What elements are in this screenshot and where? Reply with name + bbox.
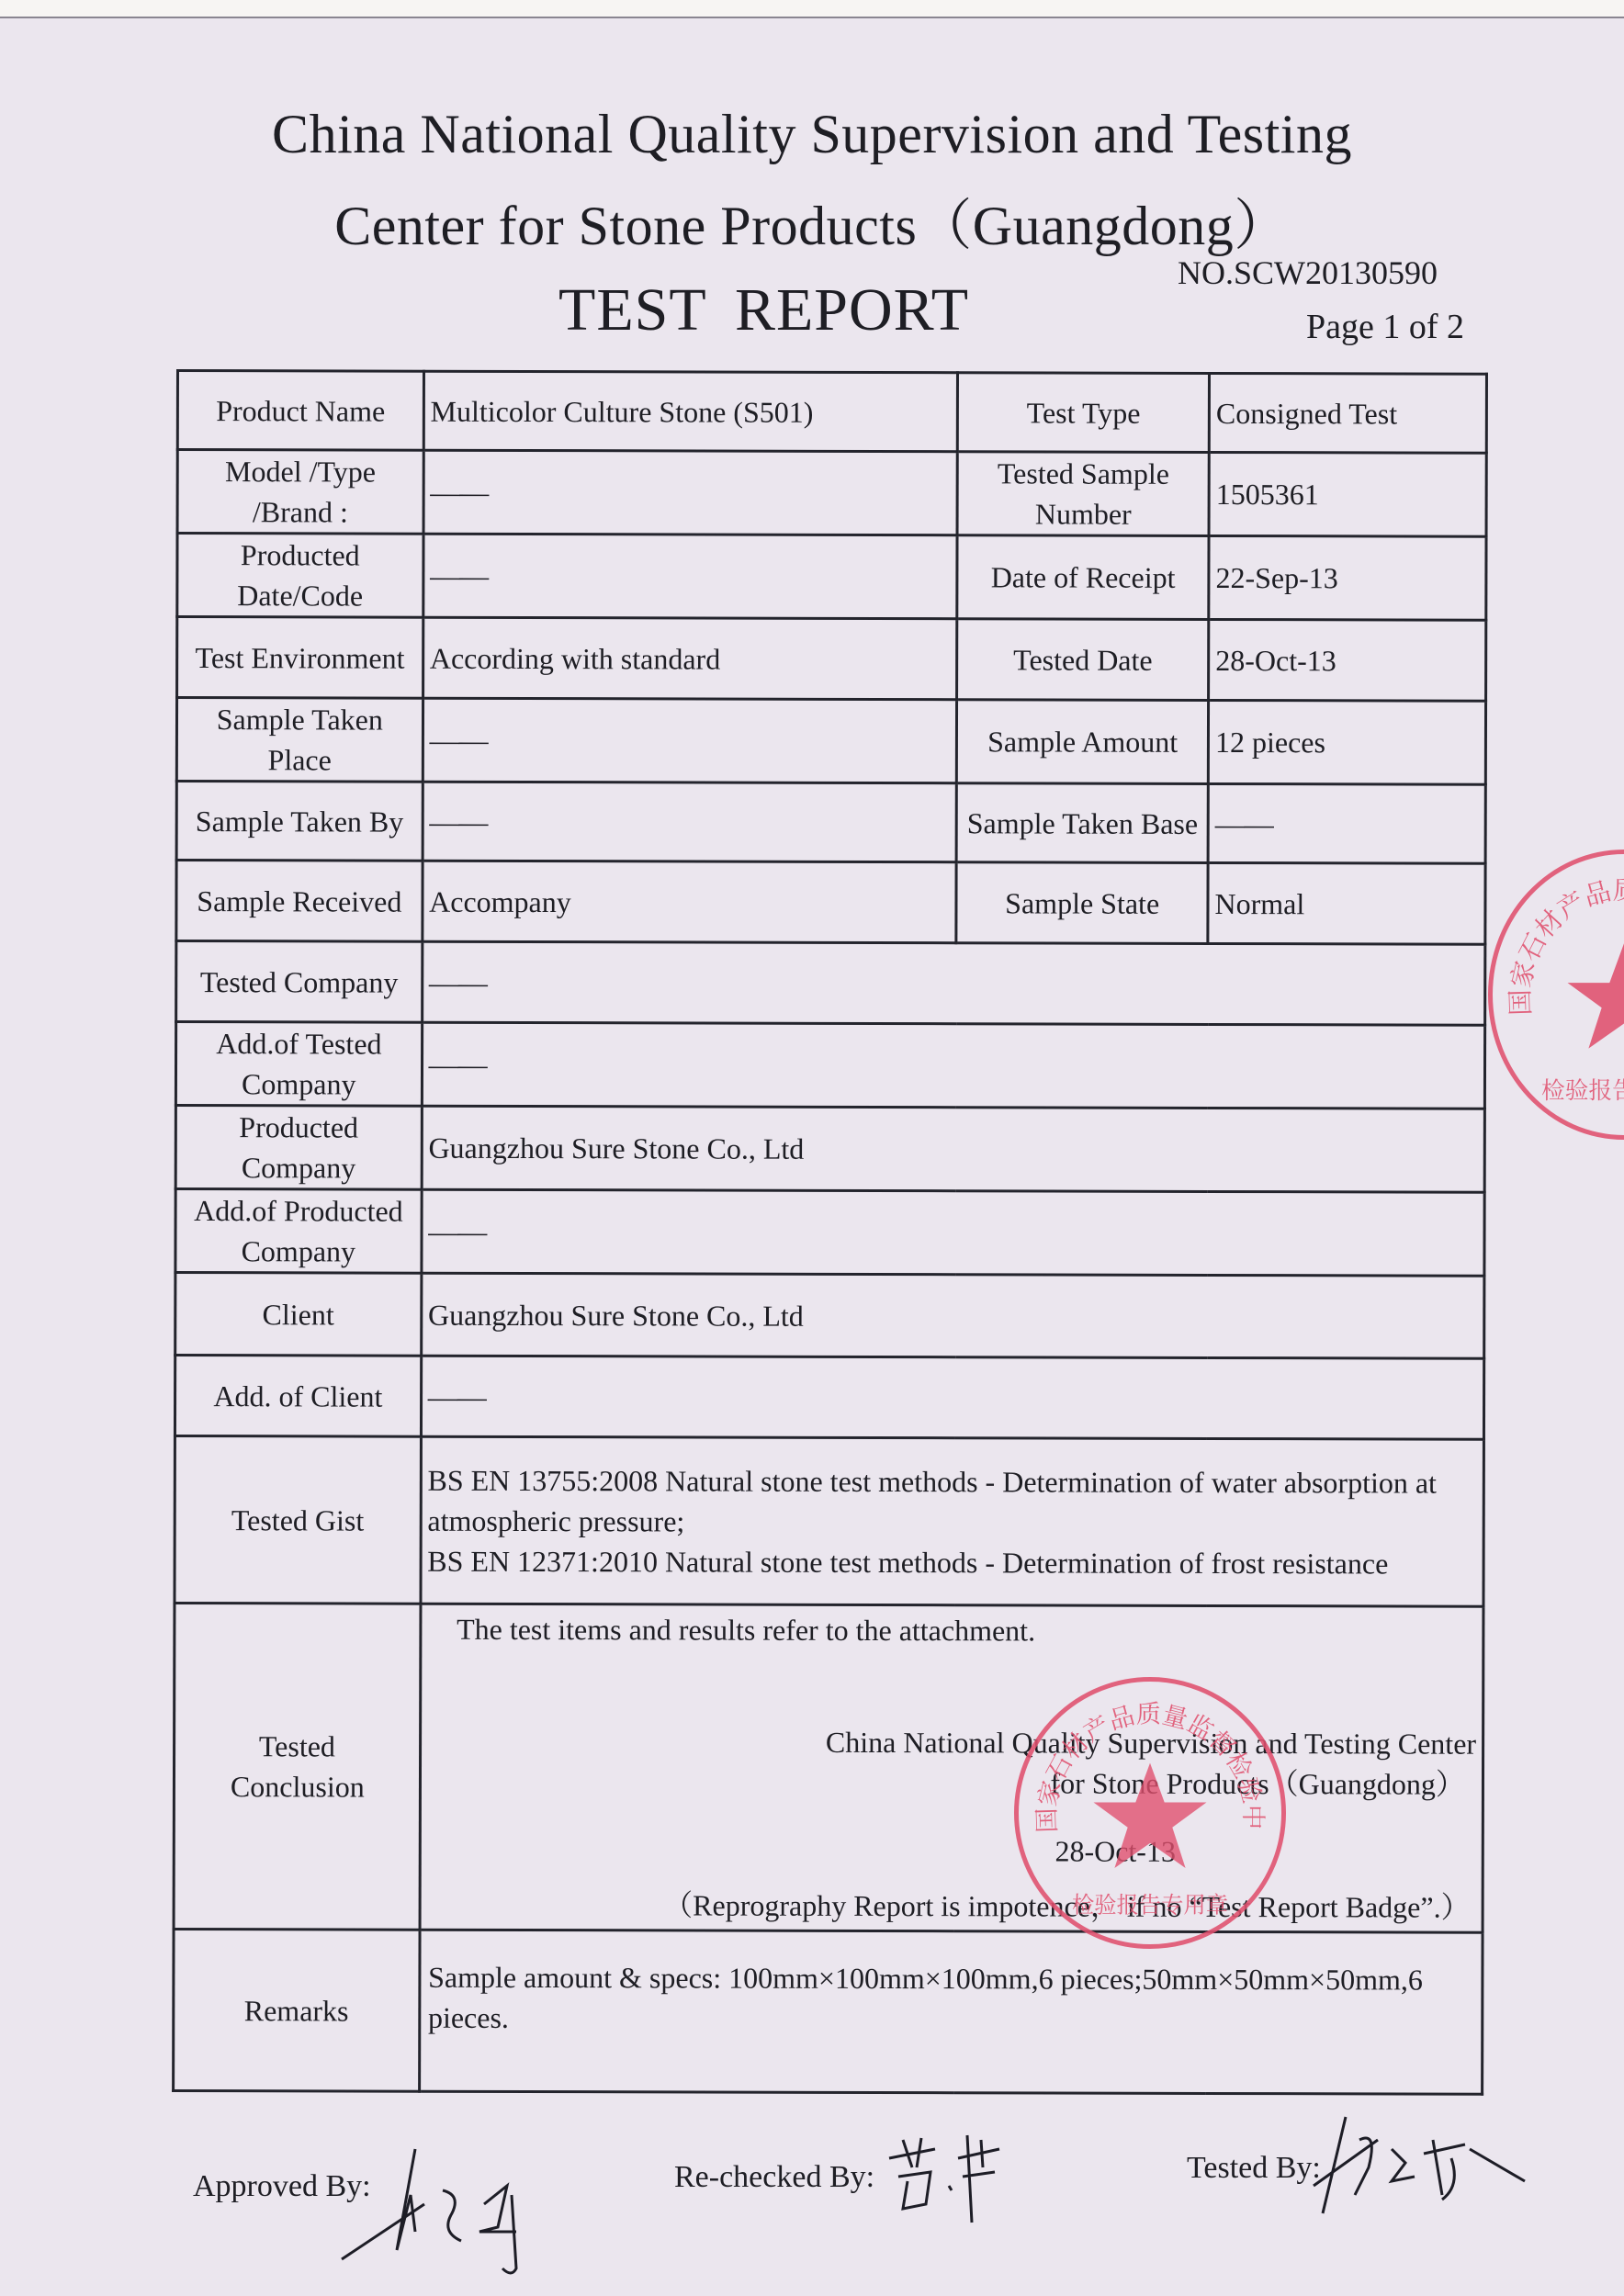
field-label: Sample State bbox=[956, 862, 1208, 944]
field-label: Test Environment bbox=[177, 617, 423, 699]
field-label: Producted Date/Code bbox=[177, 534, 423, 618]
field-value: Guangzhou Sure Stone Co., Ltd bbox=[421, 1273, 1484, 1358]
table-row: Add.of Tested Company—— bbox=[175, 1022, 1484, 1109]
field-label: Tested Sample Number bbox=[957, 452, 1209, 536]
tested-conclusion-label: Tested Conclusion bbox=[174, 1603, 421, 1930]
field-value: —— bbox=[423, 450, 958, 535]
rechecked-signature bbox=[880, 2131, 1036, 2232]
table-row-remarks: Remarks Sample amount & specs: 100mm×100… bbox=[174, 1929, 1483, 2094]
field-value: —— bbox=[421, 1356, 1484, 1439]
field-value: —— bbox=[423, 698, 957, 783]
tested-conclusion-value: The test items and results refer to the … bbox=[420, 1604, 1483, 1932]
table-row: Product NameMulticolor Culture Stone (S5… bbox=[177, 371, 1486, 454]
field-value: Multicolor Culture Stone (S501) bbox=[423, 371, 958, 452]
field-value: 28-Oct-13 bbox=[1209, 619, 1486, 701]
field-label: Product Name bbox=[177, 371, 423, 451]
field-label: Model /Type /Brand : bbox=[177, 450, 423, 535]
table-row-tested-gist: Tested Gist BS EN 13755:2008 Natural sto… bbox=[175, 1436, 1483, 1607]
field-value: —— bbox=[422, 1189, 1485, 1276]
report-table: Product NameMulticolor Culture Stone (S5… bbox=[172, 369, 1488, 2096]
field-label: Sample Taken Place bbox=[176, 698, 423, 782]
table-row: Model /Type /Brand :——Tested Sample Numb… bbox=[177, 450, 1486, 537]
field-label: Sample Taken By bbox=[176, 782, 423, 861]
field-label: Producted Company bbox=[175, 1106, 422, 1190]
table-row: Producted Date/Code——Date of Receipt22-S… bbox=[177, 534, 1486, 621]
seal-star-icon: 国家石材产品质量监督检验中心（广东） 检验报告专用章 bbox=[1493, 854, 1624, 1135]
field-label: Add.of Producted Company bbox=[175, 1189, 422, 1274]
scan-top-edge bbox=[0, 0, 1624, 18]
field-value: 22-Sep-13 bbox=[1209, 535, 1486, 620]
field-label: Sample Taken Base bbox=[956, 783, 1208, 863]
field-label: Tested Date bbox=[957, 619, 1209, 701]
conclusion-text: The test items and results refer to the … bbox=[457, 1609, 1035, 1651]
svg-text:检验报告专用章: 检验报告专用章 bbox=[1541, 1077, 1624, 1105]
tested-by-label: Tested By: bbox=[1187, 2151, 1321, 2186]
field-value: —— bbox=[423, 534, 957, 619]
table-row: Add. of Client—— bbox=[175, 1356, 1483, 1440]
field-label: Date of Receipt bbox=[957, 535, 1209, 620]
table-row: Producted CompanyGuangzhou Sure Stone Co… bbox=[175, 1106, 1484, 1193]
remarks-value: Sample amount & specs: 100mm×100mm×100mm… bbox=[419, 1930, 1483, 2094]
svg-text:国家石材产品质量监督检验中心（广东）: 国家石材产品质量监督检验中心（广东） bbox=[1493, 854, 1624, 1020]
field-value: Consigned Test bbox=[1209, 373, 1486, 453]
edge-seal-stamp: 国家石材产品质量监督检验中心（广东） 检验报告专用章 bbox=[1488, 850, 1624, 1140]
table-row: ClientGuangzhou Sure Stone Co., Ltd bbox=[175, 1273, 1484, 1359]
report-title: TEST REPORT bbox=[558, 276, 969, 345]
org-title-line2: Center for Stone Products（Guangdong） bbox=[0, 182, 1624, 261]
field-label: Test Type bbox=[958, 373, 1210, 453]
org-title-line1: China National Quality Supervision and T… bbox=[0, 103, 1624, 166]
conclusion-reprography-note: （Reprography Report is impotence， if no … bbox=[663, 1885, 1471, 1927]
conclusion-org-line2: for Stone Products（Guangdong） bbox=[1050, 1762, 1465, 1804]
table-row: Sample ReceivedAccompanySample StateNorm… bbox=[176, 861, 1485, 945]
field-value: —— bbox=[422, 1022, 1485, 1109]
field-label: Add.of Tested Company bbox=[175, 1022, 422, 1107]
table-row: Add.of Producted Company—— bbox=[175, 1189, 1484, 1277]
field-label: Sample Amount bbox=[957, 700, 1209, 784]
conclusion-date: 28-Oct-13 bbox=[1054, 1831, 1176, 1872]
tested-gist-standard-2: BS EN 12371:2010 Natural stone test meth… bbox=[427, 1540, 1476, 1583]
table-row-tested-conclusion: Tested Conclusion The test items and res… bbox=[174, 1603, 1483, 1932]
tested-signature bbox=[1304, 2112, 1534, 2223]
table-row: Test EnvironmentAccording with standardT… bbox=[177, 617, 1486, 702]
field-value: 1505361 bbox=[1209, 452, 1486, 536]
report-number: NO.SCW20130590 bbox=[1178, 253, 1438, 292]
table-row: Sample Taken Place——Sample Amount12 piec… bbox=[176, 698, 1485, 785]
remarks-label: Remarks bbox=[174, 1929, 420, 2091]
approved-by-label: Approved By: bbox=[193, 2169, 371, 2204]
approved-signature bbox=[323, 2140, 581, 2278]
page-indicator: Page 1 of 2 bbox=[1306, 307, 1464, 347]
field-value: 12 pieces bbox=[1208, 700, 1485, 784]
table-row: Tested Company—— bbox=[176, 941, 1485, 1026]
tested-gist-value: BS EN 13755:2008 Natural stone test meth… bbox=[421, 1436, 1484, 1606]
tested-gist-standard-1: BS EN 13755:2008 Natural stone test meth… bbox=[427, 1459, 1477, 1543]
field-label: Sample Received bbox=[176, 861, 423, 942]
field-label: Client bbox=[175, 1273, 422, 1356]
field-value: Guangzhou Sure Stone Co., Ltd bbox=[422, 1106, 1485, 1192]
field-value: —— bbox=[423, 782, 957, 862]
rechecked-by-label: Re-checked By: bbox=[674, 2160, 874, 2195]
table-row: Sample Taken By——Sample Taken Base—— bbox=[176, 782, 1485, 864]
field-value: According with standard bbox=[423, 617, 957, 700]
field-label: Tested Company bbox=[176, 941, 423, 1023]
field-label: Add. of Client bbox=[175, 1356, 421, 1437]
tested-gist-label: Tested Gist bbox=[175, 1436, 421, 1604]
field-value: —— bbox=[422, 941, 1485, 1025]
field-value: Normal bbox=[1208, 862, 1485, 944]
conclusion-org-line1: China National Quality Supervision and T… bbox=[826, 1722, 1476, 1764]
field-value: —— bbox=[1208, 783, 1485, 863]
field-value: Accompany bbox=[423, 861, 957, 943]
